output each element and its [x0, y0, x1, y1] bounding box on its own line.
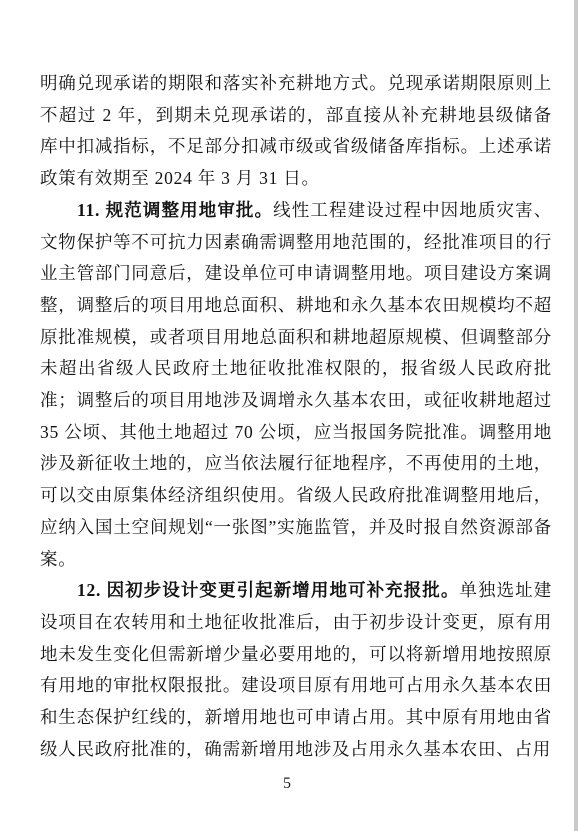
paragraph-text: 线性工程建设过程中因地质灾害、文物保护等不可抗力因素确需调整用地范围的，经批准项…: [40, 200, 552, 569]
paragraph-continued: 明确兑现承诺的期限和落实补充耕地方式。兑现承诺期限原则上不超过 2 年，到期未兑…: [40, 68, 552, 195]
paragraph-item-12: 12. 因初步设计变更引起新增用地可补充报批。单独选址建设项目在农转用和土地征收…: [40, 575, 552, 765]
item-11-heading: 11. 规范调整用地审批。: [77, 200, 273, 220]
scan-edge-line: [574, 0, 578, 831]
document-page: 明确兑现承诺的期限和落实补充耕地方式。兑现承诺期限原则上不超过 2 年，到期未兑…: [0, 0, 578, 831]
paragraph-item-11: 11. 规范调整用地审批。线性工程建设过程中因地质灾害、文物保护等不可抗力因素确…: [40, 195, 552, 575]
document-text-block: 明确兑现承诺的期限和落实补充耕地方式。兑现承诺期限原则上不超过 2 年，到期未兑…: [40, 68, 552, 765]
paragraph-text: 明确兑现承诺的期限和落实补充耕地方式。兑现承诺期限原则上不超过 2 年，到期未兑…: [40, 73, 552, 188]
paragraph-text: 单独选址建设项目在农转用和土地征收批准后，由于初步设计变更，原有用地未发生变化但…: [40, 580, 552, 759]
page-number: 5: [0, 774, 574, 794]
item-12-heading: 12. 因初步设计变更引起新增用地可补充报批。: [77, 580, 459, 600]
